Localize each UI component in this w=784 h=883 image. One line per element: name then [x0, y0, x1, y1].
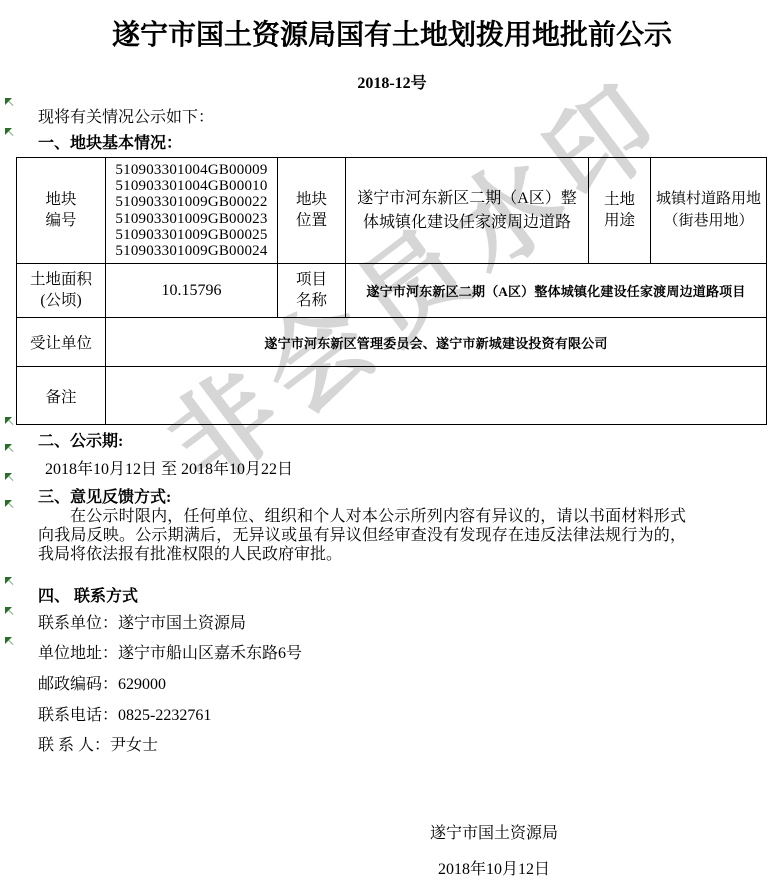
plot-number-values-cell: 510903301004GB00009510903301004GB0001051…	[106, 158, 278, 264]
project-name-value: 遂宁市河东新区二期（A区）整体城镇化建设任家渡周边道路项目	[346, 264, 767, 318]
contact-unit: 联系单位：遂宁市国土资源局	[38, 610, 246, 633]
proofing-mark-icon	[5, 607, 12, 614]
proofing-mark-icon	[5, 417, 12, 424]
remarks-value	[106, 367, 767, 425]
plot-location-label-cell: 地块位置	[278, 158, 346, 264]
publicity-period: 2018年10月12日 至 2018年10月22日	[45, 456, 293, 479]
page-title: 遂宁市国土资源局国有土地划拨用地批前公示	[0, 13, 784, 53]
plot-location-label: 地块位置	[294, 190, 328, 232]
proofing-mark-icon	[5, 444, 12, 451]
land-area-value: 10.15796	[106, 264, 278, 318]
document-content: 遂宁市国土资源局国有土地划拨用地批前公示 2018-12号 现将有关情况公示如下…	[0, 0, 784, 883]
public-notice-document: 非会员水印 遂宁市国土资源局国有土地划拨用地批前公示 2018-12号 现将有关…	[0, 0, 784, 883]
signature-block: 遂宁市国土资源局 2018年10月12日	[359, 820, 629, 879]
doc-number: 2018-12号	[0, 70, 784, 93]
signature-issuer: 遂宁市国土资源局	[359, 820, 629, 843]
feedback-paragraph: 在公示时限内，任何单位、组织和个人对本公示所列内容有异议的，请以书面材料形式向我…	[38, 507, 686, 564]
land-use-label: 土地用途	[602, 190, 636, 232]
transferee-value: 遂宁市河东新区管理委员会、遂宁市新城建设投资有限公司	[106, 318, 767, 367]
proofing-mark-icon	[5, 98, 12, 105]
signature-date: 2018年10月12日	[359, 856, 629, 879]
section1-heading: 一、地块基本情况：	[38, 130, 182, 153]
project-name-label-cell: 项目名称	[278, 264, 346, 318]
table-row: 备注	[17, 367, 767, 425]
contact-phone: 联系电话：0825-2232761	[38, 702, 211, 725]
table-row: 地块编号 510903301004GB00009510903301004GB00…	[17, 158, 767, 264]
proofing-mark-icon	[5, 473, 12, 480]
proofing-mark-icon	[5, 577, 12, 584]
transferee-label: 受让单位	[30, 335, 92, 352]
land-use-label-cell: 土地用途	[589, 158, 651, 264]
table-row: 受让单位 遂宁市河东新区管理委员会、遂宁市新城建设投资有限公司	[17, 318, 767, 367]
section3-heading: 三、意见反馈方式:	[38, 484, 171, 507]
land-area-label: 土地面积(公顷)	[27, 270, 95, 312]
land-info-table: 地块编号 510903301004GB00009510903301004GB00…	[16, 157, 767, 425]
land-use-value: 城镇村道路用地（街巷用地）	[651, 158, 767, 264]
plot-number-label-cell: 地块编号	[17, 158, 106, 264]
intro-text: 现将有关情况公示如下：	[38, 104, 214, 127]
proofing-mark-icon	[5, 637, 12, 644]
section2-heading: 二、公示期:	[38, 428, 123, 451]
proofing-mark-icon	[5, 128, 12, 135]
remarks-label: 备注	[45, 389, 76, 406]
table-row: 土地面积(公顷) 10.15796 项目名称 遂宁市河东新区二期（A区）整体城镇…	[17, 264, 767, 318]
project-name-label: 项目名称	[294, 270, 328, 312]
contact-address: 单位地址：遂宁市船山区嘉禾东路6号	[38, 640, 302, 663]
plot-location-value: 遂宁市河东新区二期（A区）整体城镇化建设任家渡周边道路	[346, 158, 589, 264]
contact-postcode: 邮政编码：629000	[38, 671, 166, 694]
contact-person: 联 系 人：尹女士	[38, 732, 158, 755]
land-area-label-cell: 土地面积(公顷)	[17, 264, 106, 318]
remarks-label-cell: 备注	[17, 367, 106, 425]
transferee-label-cell: 受让单位	[17, 318, 106, 367]
plot-number-label: 地块编号	[44, 190, 78, 232]
section4-heading: 四、 联系方式	[38, 583, 138, 606]
proofing-mark-icon	[5, 500, 12, 507]
